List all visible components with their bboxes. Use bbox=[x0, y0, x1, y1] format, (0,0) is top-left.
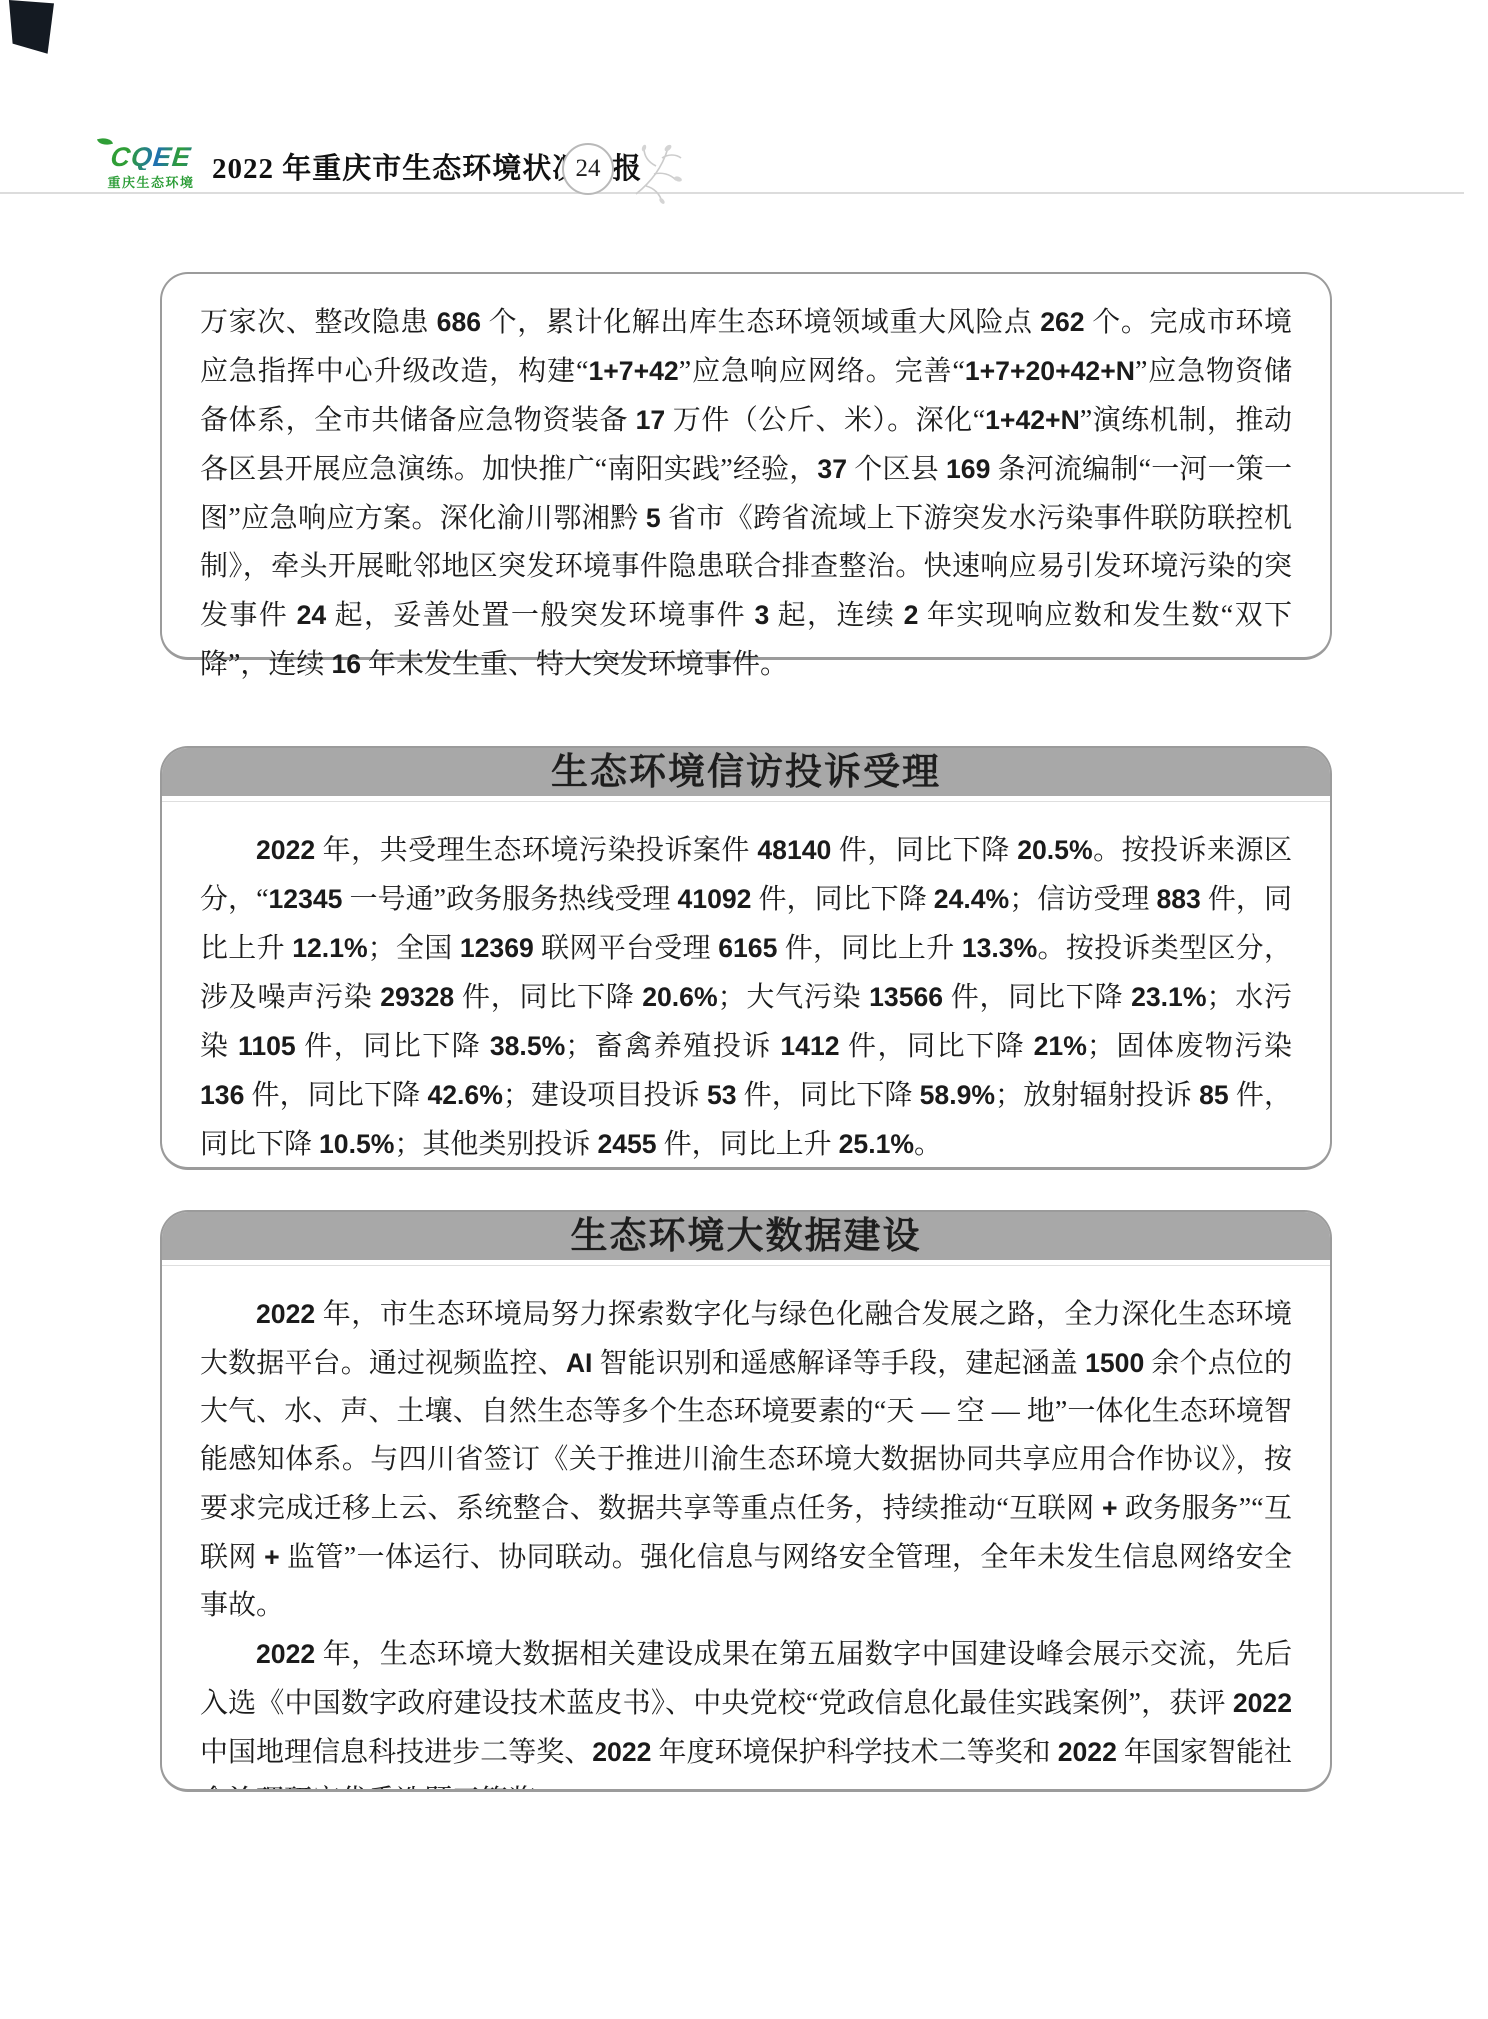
page-number: 24 bbox=[576, 155, 601, 183]
section-big-data: 生态环境大数据建设 2022 年，市生态环境局努力探索数字化与绿色化融合发展之路… bbox=[160, 1210, 1332, 1792]
logo-acronym: CQEE bbox=[99, 144, 204, 170]
section-header-bar: 生态环境大数据建设 bbox=[162, 1212, 1330, 1265]
cqee-logo: CQEE 重庆生态环境 bbox=[100, 144, 202, 191]
emergency-response-paragraph: 万家次、整改隐患 686 个，累计化解出库生态环境领域重大风险点 262 个。完… bbox=[200, 298, 1292, 689]
bigdata-paragraph-1: 2022 年，市生态环境局努力探索数字化与绿色化融合发展之路，全力深化生态环境大… bbox=[200, 1290, 1292, 1630]
section-title-bigdata: 生态环境大数据建设 bbox=[571, 1218, 922, 1255]
header-divider bbox=[0, 192, 1464, 194]
logo-subtitle: 重庆生态环境 bbox=[100, 172, 202, 191]
section-petition-complaints: 生态环境信访投诉受理 2022 年，共受理生态环境污染投诉案件 48140 件，… bbox=[160, 746, 1332, 1170]
petitions-paragraph: 2022 年，共受理生态环境污染投诉案件 48140 件，同比下降 20.5%。… bbox=[200, 826, 1292, 1169]
page-number-badge: 24 bbox=[562, 143, 614, 195]
section-title-petitions: 生态环境信访投诉受理 bbox=[551, 754, 941, 791]
bigdata-paragraph-2: 2022 年，生态环境大数据相关建设成果在第五届数字中国建设峰会展示交流，先后入… bbox=[200, 1630, 1292, 1792]
section-body-bigdata: 2022 年，市生态环境局努力探索数字化与绿色化融合发展之路，全力深化生态环境大… bbox=[162, 1265, 1330, 1792]
emergency-response-box: 万家次、整改隐患 686 个，累计化解出库生态环境领域重大风险点 262 个。完… bbox=[160, 272, 1332, 660]
section-header-bar: 生态环境信访投诉受理 bbox=[162, 748, 1330, 801]
section-body-petitions: 2022 年，共受理生态环境污染投诉案件 48140 件，同比下降 20.5%。… bbox=[162, 801, 1330, 1169]
page-header: CQEE 重庆生态环境 2022 年重庆市生态环境状况公报 24 bbox=[0, 0, 1488, 196]
